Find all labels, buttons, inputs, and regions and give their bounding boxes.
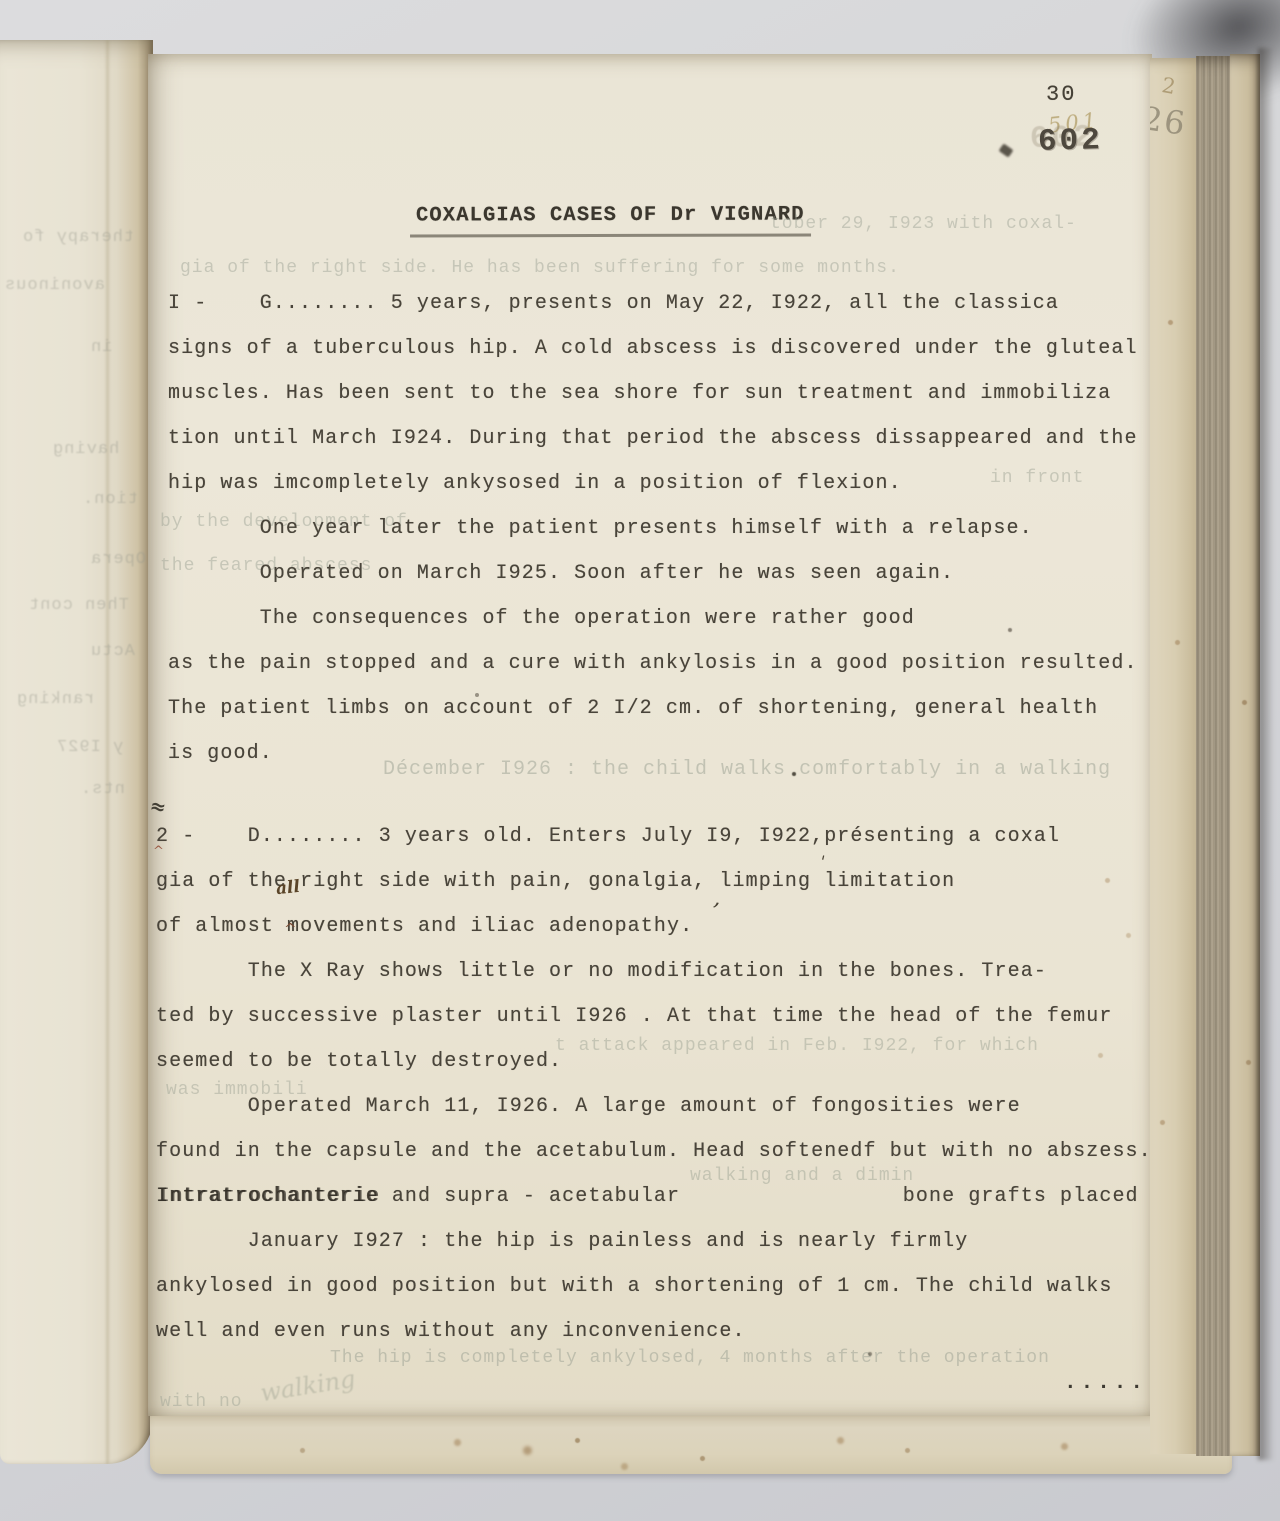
fore-edge-first-leaf: 2 26 (1150, 58, 1196, 1454)
typed-line: I - G........ 5 years, presents on May 2… (168, 281, 1152, 326)
bleedthrough-text: ranking (16, 690, 94, 709)
fore-edge-outer-leaf (1230, 54, 1260, 1456)
bleedthrough-text: therapy fo (22, 228, 134, 247)
typed-line: seemed to be totally destroyed. (156, 1039, 1152, 1084)
edge-number-top: 2 (1160, 73, 1177, 99)
typed-line: as the pain stopped and a cure with anky… (168, 641, 1152, 686)
typed-line: well and even runs without any inconveni… (156, 1309, 1152, 1354)
page-title: COXALGIAS CASES OF Dr VIGNARD (416, 203, 805, 227)
section-end-dots: ........ (1064, 1372, 1152, 1395)
title-underline: COXALGIAS CASES OF Dr VIGNARD (410, 203, 811, 237)
bleedthrough-text: Actu (90, 642, 135, 661)
typed-line: January I927 : the hip is painless and i… (156, 1219, 1152, 1264)
bleedthrough-text: in (90, 338, 112, 357)
typed-line: ted by successive plaster until I926 . A… (156, 994, 1152, 1039)
insertion-caret: ^ (284, 920, 297, 938)
ghost-line: with no (160, 1392, 243, 1412)
typed-line: The patient limbs on account of 2 I/2 cm… (168, 686, 1152, 731)
ink-specks (0, 0, 4, 4)
typed-line: is good. (168, 731, 1152, 776)
typed-line: tion until March I924. During that perio… (168, 416, 1152, 461)
handwritten-insertion: all (275, 877, 301, 899)
page-number: 30 (1046, 82, 1076, 107)
ghost-line: gia of the right side. He has been suffe… (180, 258, 900, 278)
typed-line: Operated March 11, I926. A large amount … (156, 1084, 1152, 1129)
ghost-handwriting: walking (258, 1365, 357, 1408)
bleedthrough-text: Then cont (28, 596, 129, 615)
bleedthrough-text: Opera (90, 550, 146, 569)
archive-stamp-number: 602 (1038, 123, 1104, 160)
fore-edge-shadow (1258, 48, 1274, 1460)
underlying-page (150, 1408, 1232, 1474)
typed-line: ankylosed in good position but with a sh… (156, 1264, 1152, 1309)
bleedthrough-text: nts. (80, 780, 125, 799)
typed-line: Operated on March I925. Soon after he wa… (168, 551, 1152, 596)
handwritten-mark: ^ (153, 844, 164, 859)
typed-line: 2 - D........ 3 years old. Enters July I… (156, 814, 1152, 859)
edge-number-bottom: 26 (1150, 99, 1189, 143)
fore-edge-page-block (1196, 56, 1230, 1456)
manuscript-page: 30 501 602 COXALGIAS CASES OF Dr VIGNARD… (148, 54, 1152, 1416)
typed-line: The X Ray shows little or no modificatio… (156, 949, 1152, 994)
typed-line: muscles. Has been sent to the sea shore … (168, 371, 1152, 416)
bleedthrough-text: avoninous (4, 276, 105, 295)
typed-line: of almost movements and iliac adenopathy… (156, 904, 1152, 949)
typed-line: hip was imcompletely ankysosed in a posi… (168, 461, 1152, 506)
overstrike-word: Intratrochanterie (157, 1174, 380, 1219)
typed-line: The consequences of the operation were r… (168, 596, 1152, 641)
typed-line: signs of a tuberculous hip. A cold absce… (168, 326, 1152, 371)
bleedthrough-text: y I927 (56, 738, 123, 757)
ghost-line: tober 29, I923 with coxal- (770, 214, 1077, 234)
case-1-paragraph: I - G........ 5 years, presents on May 2… (168, 281, 1152, 776)
typed-line: One year later the patient presents hims… (168, 506, 1152, 551)
typed-line: gia of the right side with pain, gonalgi… (156, 859, 1152, 904)
book-photo: therapy fo avoninous in having tion. Ope… (0, 0, 1280, 1521)
case-2-paragraph: 2 - D........ 3 years old. Enters July I… (156, 814, 1152, 1354)
bleedthrough-text: having (52, 440, 119, 459)
bleedthrough-text: tion. (82, 490, 138, 509)
ink-smudge (999, 143, 1014, 157)
left-page-stack: therapy fo avoninous in having tion. Ope… (0, 40, 153, 1464)
typed-line: found in the capsule and the acetabulum.… (156, 1129, 1152, 1174)
